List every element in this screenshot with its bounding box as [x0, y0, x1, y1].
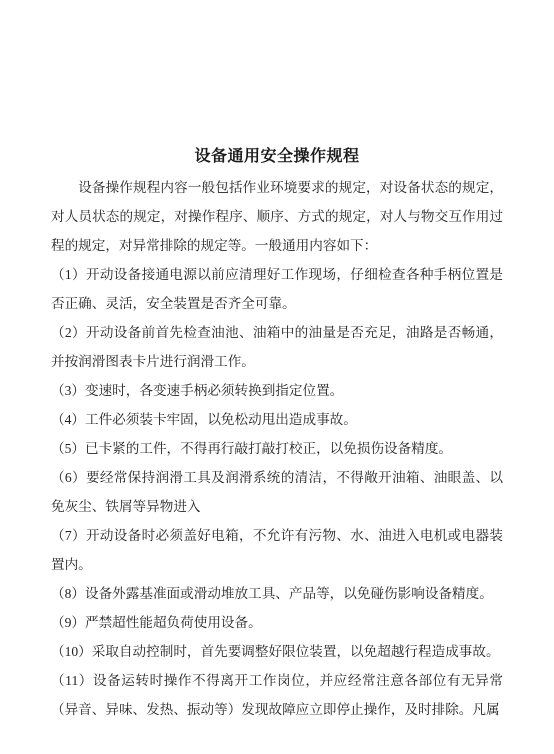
document-body: 设备操作规程内容一般包括作业环境要求的规定，对设备状态的规定，对人员状态的规定，…: [51, 173, 503, 724]
document-page: 设备通用安全操作规程 设备操作规程内容一般包括作业环境要求的规定，对设备状态的规…: [0, 0, 554, 754]
intro-paragraph: 设备操作规程内容一般包括作业环境要求的规定，对设备状态的规定，对人员状态的规定，…: [51, 173, 503, 260]
rule-item-10: （10）采取自动控制时，首先要调整好限位装置，以免超越行程造成事故。: [51, 637, 503, 666]
rule-item-7: （7）开动设备时必须盖好电箱，不允许有污物、水、油进入电机或电器装置内。: [51, 521, 503, 579]
rule-item-6: （6）要经常保持润滑工具及润滑系统的清洁，不得敞开油箱、油眼盖、以免灰尘、铁屑等…: [51, 463, 503, 521]
rule-item-9: （9）严禁超性能超负荷使用设备。: [51, 608, 503, 637]
rule-item-1: （1）开动设备接通电源以前应清理好工作现场，仔细检查各种手柄位置是否正确、灵活，…: [51, 260, 503, 318]
rule-item-4: （4）工件必须装卡牢固，以免松动甩出造成事故。: [51, 405, 503, 434]
rule-item-11: （11）设备运转时操作不得离开工作岗位，并应经常注意各部位有无异常（异音、异味、…: [51, 666, 503, 724]
rule-item-5: （5）已卡紧的工件，不得再行敲打敲打校正，以免损伤设备精度。: [51, 434, 503, 463]
rule-item-2: （2）开动设备前首先检查油池、油箱中的油量是否充足，油路是否畅通，并按润滑图表卡…: [51, 318, 503, 376]
rule-item-3: （3）变速时，各变速手柄必须转换到指定位置。: [51, 376, 503, 405]
page-title: 设备通用安全操作规程: [0, 0, 554, 168]
rule-item-8: （8）设备外露基准面或滑动堆放工具、产品等，以免碰伤影响设备精度。: [51, 579, 503, 608]
